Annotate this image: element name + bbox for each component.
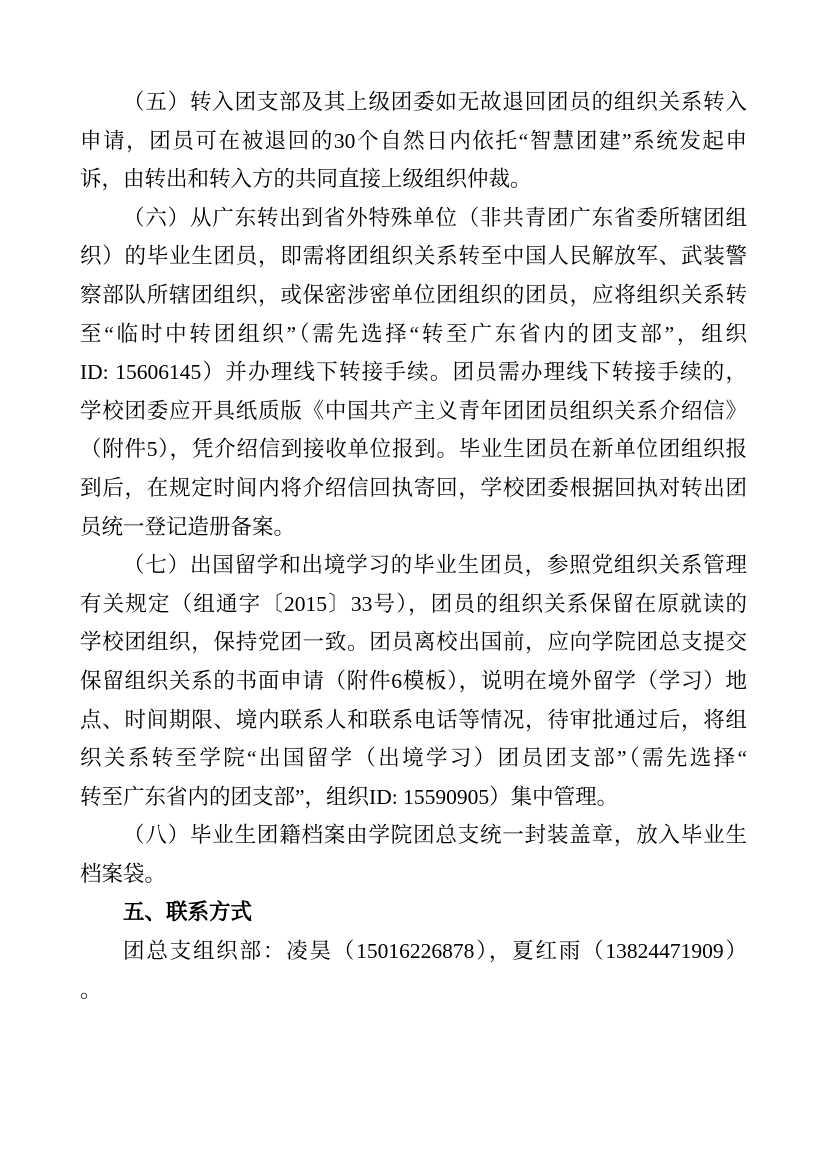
text-line: （六）从广东转出到省外特殊单位（非共青团广东省委所辖团组	[80, 199, 747, 238]
paragraph-item-8: （八）毕业生团籍档案由学院团总支统一封装盖章，放入毕业生 档案袋。	[80, 816, 747, 893]
text-line: 诉，由转出和转入方的共同直接上级组织仲裁。	[80, 160, 747, 199]
text-line: 织关系转至学院“出国留学（出境学习）团员团支部”（需先选择“	[80, 739, 747, 778]
text-line: （七）出国留学和出境学习的毕业生团员，参照党组织关系管理	[80, 546, 747, 585]
text-line: 察部队所辖团组织，或保密涉密单位团组织的团员，应将组织关系转	[80, 276, 747, 315]
document-body: （五）转入团支部及其上级团委如无故退回团员的组织关系转入 申请，团员可在被退回的…	[80, 83, 747, 1009]
text-line: （五）转入团支部及其上级团委如无故退回团员的组织关系转入	[80, 83, 747, 122]
paragraph-item-7: （七）出国留学和出境学习的毕业生团员，参照党组织关系管理 有关规定（组通字〔20…	[80, 546, 747, 816]
text-line: 点、时间期限、境内联系人和联系电话等情况，待审批通过后，将组	[80, 701, 747, 740]
text-line: 学校团组织，保持党团一致。团员离校出国前，应向学院团总支提交	[80, 623, 747, 662]
text-line: 至“临时中转团组织”（需先选择“转至广东省内的团支部”，组织	[80, 315, 747, 354]
text-line: 有关规定（组通字〔2015〕33号），团员的组织关系保留在原就读的	[80, 585, 747, 624]
text-line: 。	[80, 971, 747, 1010]
text-line: 学校团委应开具纸质版《中国共产主义青年团团员组织关系介绍信》	[80, 392, 747, 431]
paragraph-item-5: （五）转入团支部及其上级团委如无故退回团员的组织关系转入 申请，团员可在被退回的…	[80, 83, 747, 199]
paragraph-item-6: （六）从广东转出到省外特殊单位（非共青团广东省委所辖团组 织）的毕业生团员，即需…	[80, 199, 747, 546]
text-line: （附件5），凭介绍信到接收单位报到。毕业生团员在新单位团组织报	[80, 430, 747, 469]
text-line: 团总支组织部：凌昊（15016226878），夏红雨（13824471909）	[80, 932, 747, 971]
text-line: 档案袋。	[80, 855, 747, 894]
text-line: （八）毕业生团籍档案由学院团总支统一封装盖章，放入毕业生	[80, 816, 747, 855]
text-line: 到后，在规定时间内将介绍信回执寄回，学校团委根据回执对转出团	[80, 469, 747, 508]
paragraph-contact: 团总支组织部：凌昊（15016226878），夏红雨（13824471909） …	[80, 932, 747, 1009]
text-line: 申请，团员可在被退回的30个自然日内依托“智慧团建”系统发起申	[80, 122, 747, 161]
text-line: 转至广东省内的团支部”，组织ID: 15590905）集中管理。	[80, 778, 747, 817]
text-line: ID: 15606145）并办理线下转接手续。团员需办理线下转接手续的，	[80, 353, 747, 392]
document-page: （五）转入团支部及其上级团委如无故退回团员的组织关系转入 申请，团员可在被退回的…	[0, 0, 827, 1169]
text-line: 员统一登记造册备案。	[80, 508, 747, 547]
section-heading-contact: 五、联系方式	[80, 893, 747, 932]
text-line: 保留组织关系的书面申请（附件6模板），说明在境外留学（学习）地	[80, 662, 747, 701]
text-line: 织）的毕业生团员，即需将团组织关系转至中国人民解放军、武装警	[80, 237, 747, 276]
